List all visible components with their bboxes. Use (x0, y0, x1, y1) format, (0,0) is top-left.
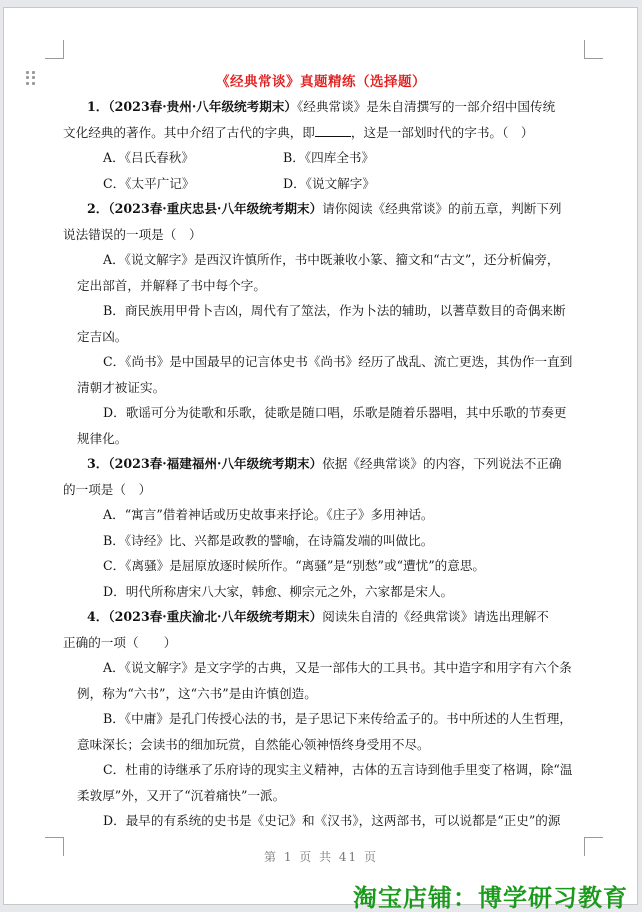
option-b: B．商民族用甲骨卜吉凶，周代有了筮法，作为卜法的辅助，以蓍草数目的奇偶来断 (63, 298, 583, 324)
crop-mark-top-right (584, 40, 603, 59)
option-text: 《太平广记》 (125, 176, 194, 191)
question-2-stem-cont: 说法错误的一项是（ ） (63, 222, 583, 248)
question-number: 4． (87, 609, 108, 624)
option-text: 杜甫的诗继承了乐府诗的现实主义精神，古体的五言诗到他手里变了格调，除“温 (125, 762, 572, 777)
question-1-options-row-2: C．《太平广记》 D．《说文解字》 (63, 171, 583, 197)
option-d: D．明代所称唐宋八大家，韩愈、柳宗元之外，六家都是宋人。 (63, 579, 583, 605)
option-d: D．最早的有系统的史书是《史记》和《汉书》，这两部书，可以说都是“正史”的源 (63, 808, 583, 834)
question-text: 请你阅读《经典常谈》的前五章，判断下列 (322, 201, 561, 216)
option-text: 《说文解字》 (306, 176, 375, 191)
option-text: 《中庸》是孔门传授心法的书，是子思记下来传给孟子的。书中所述的人生哲理， (125, 711, 572, 726)
option-a-cont: 例，称为“六书”，这“六书”是由许慎创造。 (63, 681, 583, 707)
option-b: B．《四库全书》 (283, 145, 463, 171)
option-label: A． (103, 660, 125, 675)
question-source: （2023春·贵州·八年级统考期末） (108, 99, 297, 114)
option-label: A． (103, 150, 125, 165)
page-footer: 第 1 页 共 41 页 (0, 848, 642, 865)
option-text: 《尚书》是中国最早的记言体史书《尚书》经历了战乱、流亡更迭，其伪作一直到 (125, 354, 572, 369)
option-c: C．《尚书》是中国最早的记言体史书《尚书》经历了战乱、流亡更迭，其伪作一直到 (63, 349, 583, 375)
question-text: 阅读朱自清的《经典常谈》请选出理解不 (322, 609, 549, 624)
option-text: 《吕氏春秋》 (125, 150, 194, 165)
question-4-stem-cont: 正确的一项（ ） (63, 630, 583, 656)
option-label: B． (283, 150, 305, 165)
question-text: 文化经典的著作。其中介绍了古代的字典，即 (63, 125, 315, 140)
document-body: 1．（2023春·贵州·八年级统考期末）《经典常谈》是朱自清撰写的一部介绍中国传… (63, 94, 583, 834)
question-number: 3． (87, 456, 108, 471)
question-3-stem-cont: 的一项是（ ） (63, 477, 583, 503)
option-label: B． (103, 533, 125, 548)
option-c: C．杜甫的诗继承了乐府诗的现实主义精神，古体的五言诗到他手里变了格调，除“温 (63, 757, 583, 783)
watermark: 淘宝店铺：博学研习教育 (353, 878, 628, 912)
option-b-cont: 定吉凶。 (63, 324, 583, 350)
option-text: 《说文解字》是文字学的古典，又是一部伟大的工具书。其中造字和用字有六个条 (125, 660, 572, 675)
question-text: ，这是一部划时代的字书。（ ） (351, 125, 534, 140)
question-3-stem: 3．（2023春·福建福州·八年级统考期末）依据《经典常谈》的内容，下列说法不正… (63, 451, 583, 477)
question-4-stem: 4．（2023春·重庆渝北·八年级统考期末）阅读朱自清的《经典常谈》请选出理解不 (63, 604, 583, 630)
option-c: C．《离骚》是屈原放逐时候所作。“离骚”是“别愁”或“遭忧”的意思。 (63, 553, 583, 579)
option-label: C． (103, 558, 125, 573)
option-d: D．歌谣可分为徒歌和乐歌，徒歌是随口唱，乐歌是随着乐器唱，其中乐歌的节奏更 (63, 400, 583, 426)
option-b: B．《中庸》是孔门传授心法的书，是子思记下来传给孟子的。书中所述的人生哲理， (63, 706, 583, 732)
option-text: 《诗经》比、兴都是政教的譬喻，在诗篇发端的叫做比。 (125, 533, 434, 548)
option-text: “寓言”借着神话或历史故事来抒论。《庄子》多用神话。 (125, 507, 434, 522)
question-source: （2023春·重庆渝北·八年级统考期末） (108, 609, 322, 624)
option-label: B． (103, 711, 125, 726)
option-text: 《说文解字》是西汉许慎所作，书中既兼收小篆、籀文和“古文”，还分析偏旁， (125, 252, 560, 267)
option-label: D． (103, 405, 126, 420)
option-label: C． (103, 354, 125, 369)
option-label: D． (283, 176, 306, 191)
document-title: 《经典常谈》真题精练（选择题） (0, 70, 642, 90)
question-number: 1． (87, 99, 108, 114)
question-1-stem: 1．（2023春·贵州·八年级统考期末）《经典常谈》是朱自清撰写的一部介绍中国传… (63, 94, 583, 120)
question-text: 依据《经典常谈》的内容，下列说法不正确 (322, 456, 561, 471)
option-b: B．《诗经》比、兴都是政教的譬喻，在诗篇发端的叫做比。 (63, 528, 583, 554)
option-text: 《离骚》是屈原放逐时候所作。“离骚”是“别愁”或“遭忧”的意思。 (125, 558, 485, 573)
option-a: A．“寓言”借着神话或历史故事来抒论。《庄子》多用神话。 (63, 502, 583, 528)
option-text: 歌谣可分为徒歌和乐歌，徒歌是随口唱，乐歌是随着乐器唱，其中乐歌的节奏更 (126, 405, 567, 420)
option-text: 《四库全书》 (305, 150, 374, 165)
option-label: C． (103, 176, 125, 191)
option-label: D． (103, 584, 126, 599)
question-source: （2023春·福建福州·八年级统考期末） (108, 456, 322, 471)
option-text: 明代所称唐宋八大家，韩愈、柳宗元之外，六家都是宋人。 (126, 584, 453, 599)
option-a: A．《说文解字》是文字学的古典，又是一部伟大的工具书。其中造字和用字有六个条 (63, 655, 583, 681)
option-d-cont: 规律化。 (63, 426, 583, 452)
question-text: 《经典常谈》是朱自清撰写的一部介绍中国传统 (297, 99, 555, 114)
option-c-cont: 柔敦厚”外，又开了“沉着痛快”一派。 (63, 783, 583, 809)
question-2-stem: 2．（2023春·重庆忠县·八年级统考期末）请你阅读《经典常谈》的前五章，判断下… (63, 196, 583, 222)
crop-mark-top-left (45, 40, 64, 59)
option-label: C． (103, 762, 125, 777)
option-label: D． (103, 813, 126, 828)
answer-blank (315, 122, 351, 137)
option-c-cont: 清朝才被证实。 (63, 375, 583, 401)
option-label: A． (103, 507, 125, 522)
option-a: A．《吕氏春秋》 (103, 145, 283, 171)
option-d: D．《说文解字》 (283, 171, 463, 197)
option-a-cont: 定出部首，并解释了书中每个字。 (63, 273, 583, 299)
question-1-options-row-1: A．《吕氏春秋》 B．《四库全书》 (63, 145, 583, 171)
option-a: A．《说文解字》是西汉许慎所作，书中既兼收小篆、籀文和“古文”，还分析偏旁， (63, 247, 583, 273)
question-source: （2023春·重庆忠县·八年级统考期末） (108, 201, 322, 216)
option-c: C．《太平广记》 (103, 171, 283, 197)
option-label: A． (103, 252, 125, 267)
option-label: B． (103, 303, 125, 318)
question-1-stem-cont: 文化经典的著作。其中介绍了古代的字典，即，这是一部划时代的字书。（ ） (63, 120, 583, 146)
option-text: 商民族用甲骨卜吉凶，周代有了筮法，作为卜法的辅助，以蓍草数目的奇偶来断 (125, 303, 566, 318)
question-number: 2． (87, 201, 108, 216)
option-b-cont: 意味深长；会读书的细加玩赏，自然能心领神悟终身受用不尽。 (63, 732, 583, 758)
option-text: 最早的有系统的史书是《史记》和《汉书》，这两部书，可以说都是“正史”的源 (126, 813, 561, 828)
